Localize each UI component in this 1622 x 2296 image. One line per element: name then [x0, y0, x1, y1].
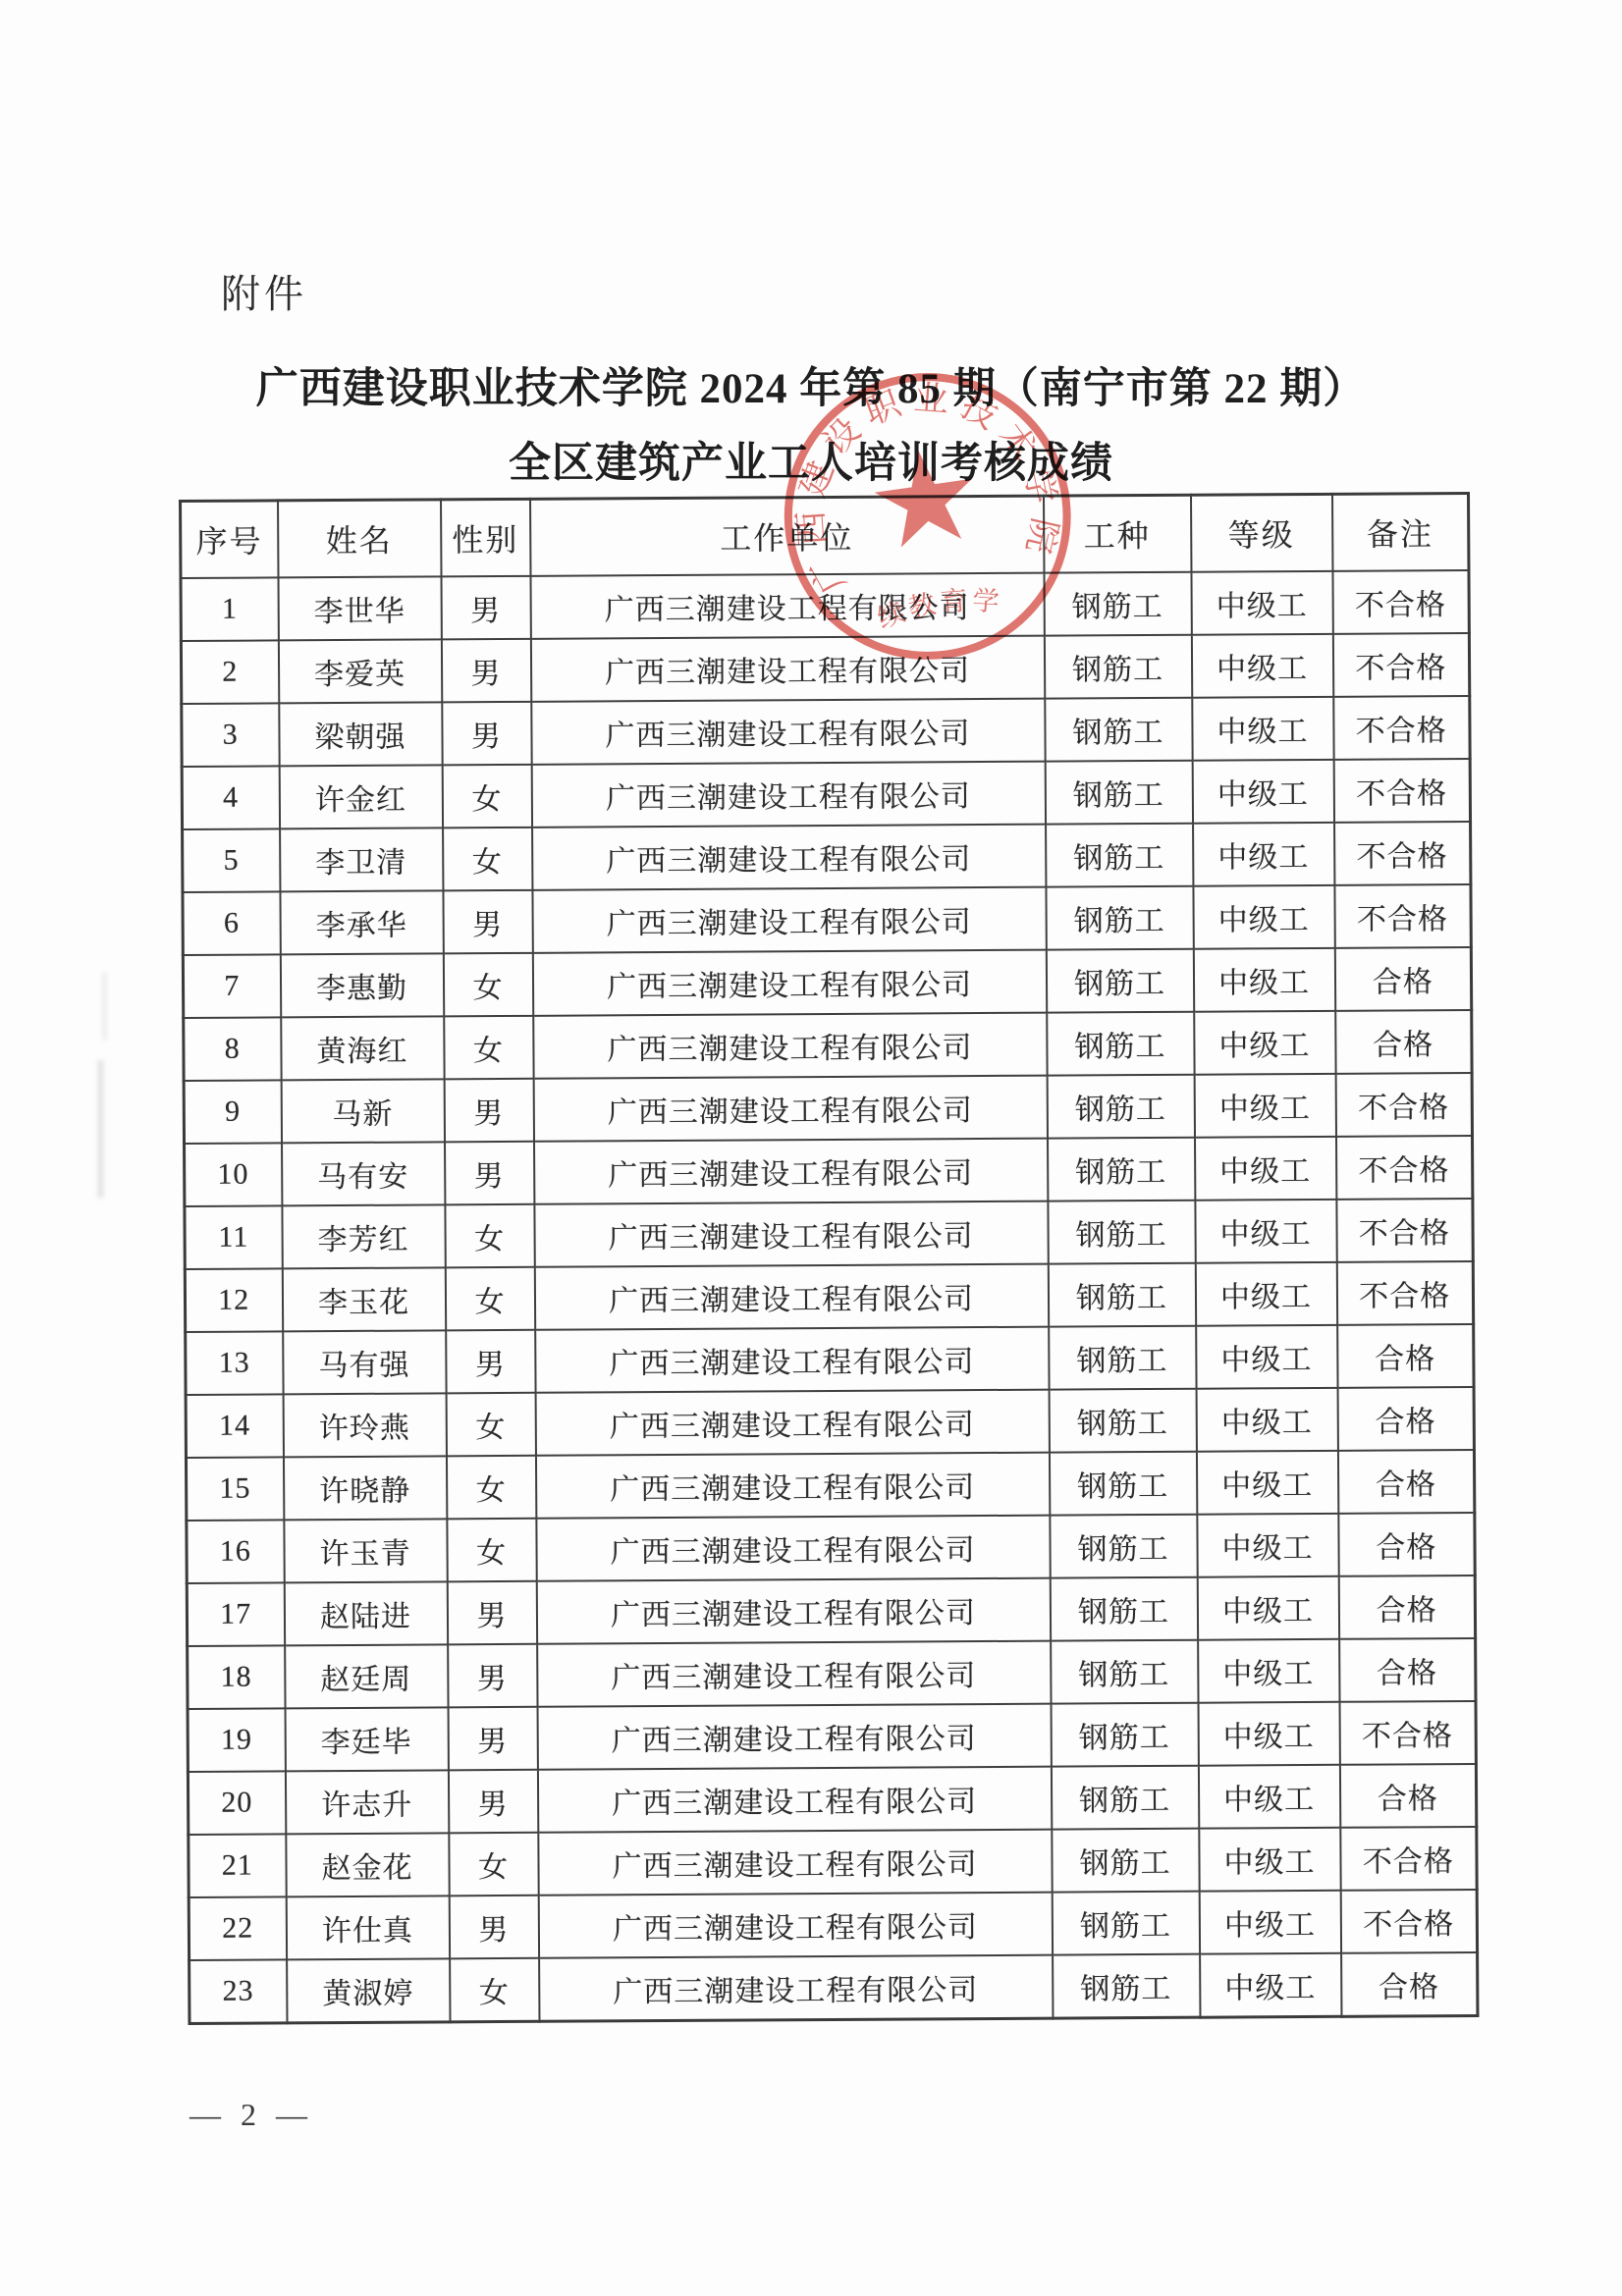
table-row: 20许志升男广西三潮建设工程有限公司钢筋工中级工合格: [188, 1764, 1476, 1835]
table-cell: 广西三潮建设工程有限公司: [533, 1076, 1047, 1142]
table-cell: 广西三潮建设工程有限公司: [532, 950, 1046, 1016]
table-row: 12李玉花女广西三潮建设工程有限公司钢筋工中级工不合格: [185, 1261, 1473, 1332]
table-cell: 马新: [281, 1079, 444, 1143]
results-table: 序号姓名性别工作单位工种等级备注 1李世华男广西三潮建设工程有限公司钢筋工中级工…: [179, 492, 1479, 2025]
table-cell: 中级工: [1200, 1953, 1341, 2017]
table-row: 23黄淑婷女广西三潮建设工程有限公司钢筋工中级工合格: [189, 1952, 1478, 2024]
table-cell: 不合格: [1333, 696, 1470, 760]
table-row: 7李惠勤女广西三潮建设工程有限公司钢筋工中级工合格: [183, 947, 1471, 1018]
table-cell: 22: [189, 1896, 286, 1960]
table-cell: 钢筋工: [1045, 761, 1192, 825]
table-row: 11李芳红女广西三潮建设工程有限公司钢筋工中级工不合格: [185, 1199, 1473, 1269]
table-cell: 中级工: [1195, 1200, 1336, 1263]
table-cell: 男: [448, 1770, 537, 1834]
table-cell: 23: [189, 1959, 287, 2023]
table-cell: 钢筋工: [1051, 1703, 1198, 1767]
table-cell: 女: [450, 1958, 539, 2022]
table-row: 17赵陆进男广西三潮建设工程有限公司钢筋工中级工合格: [187, 1575, 1475, 1646]
table-cell: 中级工: [1198, 1702, 1339, 1766]
table-header: 序号姓名性别工作单位工种等级备注: [181, 493, 1469, 578]
table-cell: 钢筋工: [1044, 635, 1191, 699]
table-cell: 广西三潮建设工程有限公司: [536, 1516, 1050, 1581]
table-row: 21赵金花女广西三潮建设工程有限公司钢筋工中级工不合格: [189, 1827, 1477, 1897]
table-cell: 不合格: [1335, 1136, 1472, 1200]
table-header-cell: 姓名: [278, 500, 441, 578]
table-cell: 赵陆进: [284, 1581, 447, 1645]
table-cell: 男: [445, 1142, 534, 1205]
table-cell: 中级工: [1198, 1765, 1339, 1829]
table-cell: 许晓静: [283, 1456, 446, 1520]
table-cell: 女: [447, 1519, 536, 1582]
table-cell: 中级工: [1197, 1576, 1338, 1640]
table-cell: 中级工: [1199, 1828, 1340, 1892]
table-cell: 合格: [1338, 1575, 1475, 1639]
table-cell: 广西三潮建设工程有限公司: [535, 1453, 1049, 1519]
table-cell: 中级工: [1192, 760, 1333, 824]
table-cell: 钢筋工: [1046, 949, 1193, 1013]
table-cell: 不合格: [1332, 570, 1469, 634]
table-cell: 钢筋工: [1050, 1577, 1197, 1641]
table-cell: 广西三潮建设工程有限公司: [537, 1767, 1051, 1833]
table-cell: 广西三潮建设工程有限公司: [530, 573, 1044, 639]
table-cell: 中级工: [1193, 885, 1334, 949]
table-cell: 不合格: [1334, 884, 1471, 948]
table-cell: 李世华: [278, 576, 441, 640]
table-cell: 男: [448, 1644, 537, 1708]
table-cell: 男: [449, 1896, 538, 1959]
table-cell: 广西三潮建设工程有限公司: [535, 1390, 1049, 1456]
table-cell: 男: [448, 1707, 537, 1771]
table-cell: 4: [182, 766, 279, 829]
table-cell: 中级工: [1199, 1891, 1340, 1954]
table-cell: 广西三潮建设工程有限公司: [530, 636, 1044, 702]
table-cell: 中级工: [1194, 1074, 1335, 1138]
table-row: 10马有安男广西三潮建设工程有限公司钢筋工中级工不合格: [185, 1136, 1473, 1206]
table-cell: 中级工: [1197, 1514, 1338, 1577]
table-row: 5李卫清女广西三潮建设工程有限公司钢筋工中级工不合格: [183, 822, 1471, 892]
table-cell: 广西三潮建设工程有限公司: [532, 825, 1046, 890]
table-header-cell: 性别: [441, 499, 530, 576]
table-row: 22许仕真男广西三潮建设工程有限公司钢筋工中级工不合格: [189, 1890, 1477, 1960]
table-cell: 不合格: [1339, 1701, 1476, 1765]
table-cell: 合格: [1335, 1010, 1472, 1074]
table-cell: 2: [181, 640, 278, 704]
table-cell: 钢筋工: [1049, 1452, 1196, 1516]
table-cell: 13: [186, 1331, 283, 1395]
table-cell: 广西三潮建设工程有限公司: [531, 699, 1045, 765]
table-cell: 21: [189, 1834, 286, 1897]
table-cell: 15: [186, 1457, 283, 1521]
table-cell: 男: [446, 1330, 535, 1394]
table-cell: 李承华: [280, 890, 443, 954]
table-cell: 中级工: [1191, 571, 1332, 635]
table-cell: 中级工: [1193, 823, 1334, 886]
table-header-cell: 等级: [1191, 494, 1332, 571]
table-cell: 合格: [1337, 1324, 1474, 1388]
scan-artifact: [97, 1060, 104, 1198]
table-cell: 钢筋工: [1049, 1326, 1196, 1390]
table-cell: 黄海红: [281, 1016, 444, 1080]
table-cell: 不合格: [1340, 1890, 1477, 1953]
table-row: 13马有强男广西三潮建设工程有限公司钢筋工中级工合格: [186, 1324, 1474, 1395]
table-cell: 合格: [1338, 1513, 1475, 1576]
table-cell: 李芳红: [282, 1204, 445, 1268]
table-cell: 李爱英: [278, 639, 441, 703]
table-cell: 钢筋工: [1047, 1075, 1194, 1139]
table-cell: 钢筋工: [1052, 1892, 1199, 1955]
table-cell: 中级工: [1195, 1137, 1336, 1201]
table-cell: 广西三潮建设工程有限公司: [539, 1955, 1053, 2022]
document-title-line1: 广西建设职业技术学院 2024 年第 85 期（南宁市第 22 期）: [0, 355, 1622, 415]
table-header-cell: 工种: [1044, 495, 1191, 572]
table-cell: 广西三潮建设工程有限公司: [536, 1578, 1050, 1644]
table-row: 15许晓静女广西三潮建设工程有限公司钢筋工中级工合格: [186, 1450, 1474, 1521]
table-cell: 19: [188, 1708, 285, 1772]
table-cell: 12: [185, 1268, 282, 1332]
table-cell: 钢筋工: [1045, 698, 1192, 762]
table-cell: 女: [449, 1833, 538, 1896]
table-cell: 女: [444, 1016, 533, 1080]
table-cell: 钢筋工: [1046, 886, 1193, 950]
document-title-line2: 全区建筑产业工人培训考核成绩: [0, 430, 1622, 490]
table-row: 9马新男广西三潮建设工程有限公司钢筋工中级工不合格: [184, 1073, 1472, 1144]
table-row: 18赵廷周男广西三潮建设工程有限公司钢筋工中级工合格: [188, 1638, 1476, 1709]
table-cell: 10: [185, 1143, 282, 1206]
table-cell: 中级工: [1196, 1451, 1337, 1515]
table-cell: 钢筋工: [1050, 1515, 1197, 1578]
table-cell: 男: [441, 576, 530, 640]
table-cell: 合格: [1337, 1387, 1474, 1451]
table-cell: 钢筋工: [1051, 1640, 1198, 1704]
table-cell: 女: [442, 765, 531, 828]
table-cell: 许金红: [279, 765, 442, 828]
table-cell: 中级工: [1196, 1325, 1337, 1389]
table-cell: 李玉花: [282, 1267, 445, 1331]
table-cell: 男: [447, 1581, 536, 1645]
table-row: 2李爱英男广西三潮建设工程有限公司钢筋工中级工不合格: [181, 633, 1469, 704]
table-cell: 不合格: [1334, 822, 1471, 885]
table-cell: 3: [182, 703, 279, 767]
table-cell: 男: [441, 639, 530, 703]
table-cell: 钢筋工: [1048, 1138, 1195, 1201]
table-cell: 广西三潮建设工程有限公司: [537, 1704, 1051, 1770]
table-row: 6李承华男广西三潮建设工程有限公司钢筋工中级工不合格: [183, 884, 1471, 955]
table-cell: 男: [444, 1079, 533, 1143]
table-cell: 钢筋工: [1048, 1263, 1195, 1327]
table-cell: 中级工: [1198, 1639, 1339, 1703]
table-cell: 钢筋工: [1044, 572, 1191, 636]
table-cell: 钢筋工: [1047, 1012, 1194, 1076]
table-cell: 黄淑婷: [287, 1958, 450, 2023]
table-cell: 中级工: [1196, 1388, 1337, 1452]
table-cell: 中级工: [1192, 697, 1333, 761]
table-cell: 广西三潮建设工程有限公司: [533, 1013, 1047, 1079]
table-cell: 20: [188, 1771, 285, 1835]
table-cell: 7: [183, 954, 280, 1018]
table-header-cell: 序号: [181, 501, 278, 578]
table-cell: 李惠勤: [280, 953, 443, 1017]
table-cell: 女: [446, 1393, 535, 1457]
table-cell: 广西三潮建设工程有限公司: [538, 1893, 1052, 1958]
table-row: 1李世华男广西三潮建设工程有限公司钢筋工中级工不合格: [181, 570, 1469, 641]
table-cell: 女: [445, 1204, 534, 1268]
table-cell: 广西三潮建设工程有限公司: [534, 1264, 1048, 1330]
table-cell: 马有安: [282, 1142, 445, 1205]
scan-artifact: [102, 972, 107, 1041]
table-cell: 许玲燕: [283, 1393, 446, 1457]
table-cell: 不合格: [1333, 759, 1470, 823]
table-cell: 钢筋工: [1052, 1829, 1199, 1893]
table-cell: 李卫清: [280, 828, 443, 891]
table-cell: 赵廷周: [285, 1644, 448, 1708]
table-row: 19李廷毕男广西三潮建设工程有限公司钢筋工中级工不合格: [188, 1701, 1476, 1772]
table-cell: 许玉青: [284, 1519, 447, 1582]
table-header-row: 序号姓名性别工作单位工种等级备注: [181, 493, 1469, 578]
table-cell: 16: [187, 1520, 284, 1583]
table-row: 3梁朝强男广西三潮建设工程有限公司钢筋工中级工不合格: [182, 696, 1470, 767]
table-cell: 广西三潮建设工程有限公司: [534, 1201, 1048, 1267]
table-cell: 合格: [1334, 947, 1471, 1011]
table-cell: 中级工: [1193, 948, 1334, 1012]
table-cell: 女: [445, 1267, 534, 1331]
table-cell: 广西三潮建设工程有限公司: [535, 1327, 1049, 1393]
table-cell: 14: [186, 1394, 283, 1458]
table-cell: 男: [442, 702, 531, 766]
table-cell: 合格: [1337, 1450, 1474, 1514]
table-cell: 18: [188, 1645, 285, 1709]
table-row: 8黄海红女广西三潮建设工程有限公司钢筋工中级工合格: [184, 1010, 1472, 1081]
table-cell: 广西三潮建设工程有限公司: [532, 887, 1046, 953]
table-cell: 中级工: [1195, 1262, 1336, 1326]
table-cell: 不合格: [1336, 1199, 1473, 1262]
attachment-label: 附件: [221, 263, 307, 319]
table-cell: 不合格: [1336, 1261, 1473, 1325]
table-cell: 不合格: [1340, 1827, 1477, 1891]
table-row: 4许金红女广西三潮建设工程有限公司钢筋工中级工不合格: [182, 759, 1470, 829]
table-cell: 中级工: [1194, 1011, 1335, 1075]
table-cell: 女: [443, 953, 532, 1017]
table-cell: 许仕真: [286, 1896, 449, 1959]
table-cell: 1: [181, 577, 278, 641]
table-cell: 合格: [1339, 1638, 1476, 1702]
table-cell: 钢筋工: [1053, 1954, 1200, 2018]
table-cell: 6: [183, 891, 280, 955]
table-header-cell: 备注: [1331, 493, 1468, 570]
table-cell: 钢筋工: [1046, 824, 1193, 887]
table-cell: 广西三潮建设工程有限公司: [537, 1641, 1051, 1707]
table-row: 16许玉青女广西三潮建设工程有限公司钢筋工中级工合格: [187, 1513, 1475, 1583]
table-cell: 男: [443, 890, 532, 954]
table-cell: 合格: [1341, 1952, 1478, 2016]
page-number: — 2 —: [189, 2097, 313, 2133]
table-header-cell: 工作单位: [530, 496, 1044, 576]
table-cell: 9: [184, 1080, 281, 1144]
table-cell: 5: [183, 828, 280, 892]
table-cell: 钢筋工: [1048, 1201, 1195, 1264]
table-cell: 17: [187, 1582, 284, 1646]
table-cell: 钢筋工: [1051, 1766, 1198, 1830]
table-cell: 合格: [1339, 1764, 1476, 1828]
table-cell: 钢筋工: [1049, 1389, 1196, 1453]
table-cell: 梁朝强: [279, 702, 442, 766]
scanned-document-page: 附件 广西建设职业技术学院 2024 年第 85 期（南宁市第 22 期） 全区…: [0, 0, 1622, 2296]
table-cell: 马有强: [283, 1330, 446, 1394]
table-cell: 女: [443, 828, 532, 891]
table-cell: 李廷毕: [285, 1707, 448, 1771]
table-cell: 广西三潮建设工程有限公司: [531, 762, 1045, 828]
table-body: 1李世华男广西三潮建设工程有限公司钢筋工中级工不合格2李爱英男广西三潮建设工程有…: [181, 570, 1478, 2023]
table-cell: 女: [446, 1456, 535, 1520]
table-cell: 广西三潮建设工程有限公司: [538, 1830, 1052, 1896]
table-cell: 广西三潮建设工程有限公司: [534, 1139, 1048, 1204]
table-cell: 赵金花: [286, 1833, 449, 1896]
table-cell: 不合格: [1335, 1073, 1472, 1137]
table-cell: 许志升: [285, 1770, 448, 1834]
table-cell: 不合格: [1332, 633, 1469, 697]
table-cell: 8: [184, 1017, 281, 1081]
table-cell: 中级工: [1191, 634, 1332, 698]
table-row: 14许玲燕女广西三潮建设工程有限公司钢筋工中级工合格: [186, 1387, 1474, 1458]
table-cell: 11: [185, 1205, 282, 1269]
